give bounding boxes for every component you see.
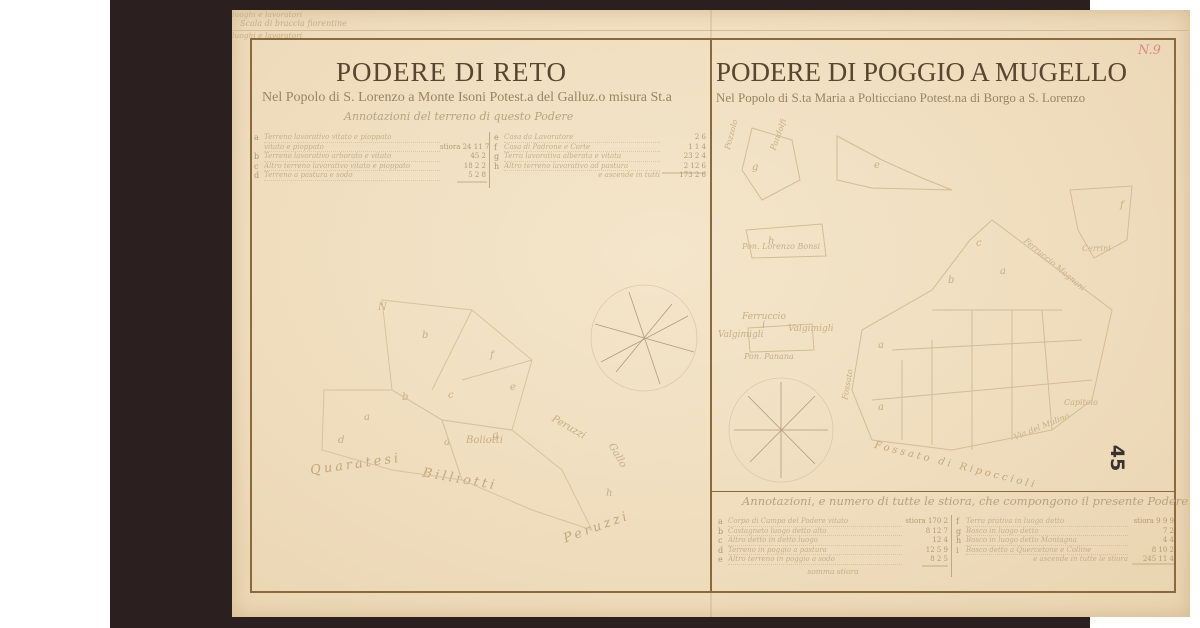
field-outline [852,220,1112,450]
parcel-line [432,310,532,390]
scan-frame: PODERE DI RETO Nel Popolo di S. Lorenzo … [110,0,1090,628]
parcel-outline [837,136,952,190]
parcel-outline [748,324,814,352]
map-drawing-layer [232,10,1190,617]
compass-rose-left [591,285,697,391]
compass-rose-right [729,378,833,482]
parcel-outline [1070,186,1132,258]
parcel-outline [382,300,532,430]
parcel-outline [742,128,800,200]
manuscript-sheet: PODERE DI RETO Nel Popolo di S. Lorenzo … [232,10,1190,617]
field-line [872,310,1092,450]
parcel-outline [322,390,462,480]
parcel-outline [746,224,826,258]
parcel-outline [442,420,592,530]
